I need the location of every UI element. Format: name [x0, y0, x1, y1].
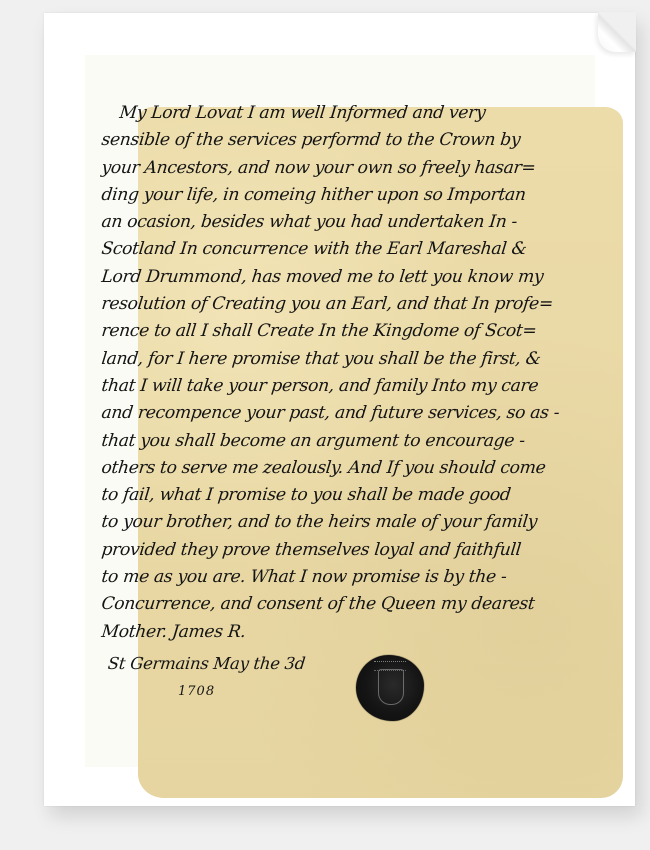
dateline: St Germains May the 3d — [107, 654, 306, 673]
letter-line: to your brother, and to the heirs male o… — [100, 509, 583, 536]
letter-line: provided they prove themselves loyal and… — [100, 537, 583, 564]
letter-signature-line: Mother. James R. — [100, 619, 583, 646]
wax-seal-icon — [356, 655, 424, 721]
letter-line: to me as you are. What I now promise is … — [100, 564, 583, 591]
letter-line: that I will take your person, and family… — [100, 373, 583, 400]
letter-line: ding your life, in comeing hither upon s… — [100, 182, 583, 209]
letter-line: sensible of the services performd to the… — [100, 127, 583, 154]
letter-line: to fail, what I promise to you shall be … — [100, 482, 583, 509]
page-curl-corner — [598, 12, 636, 52]
letter-line: My Lord Lovat I am well Informed and ver… — [100, 100, 583, 127]
letter-line: rence to all I shall Create In the Kingd… — [100, 318, 583, 345]
seal-shield-emblem — [378, 669, 404, 705]
letter-line: Concurrence, and consent of the Queen my… — [100, 591, 583, 618]
letter-line: land, for I here promise that you shall … — [100, 346, 583, 373]
letter-line: an ocasion, besides what you had underta… — [100, 209, 583, 236]
letter-line: that you shall become an argument to enc… — [100, 428, 583, 455]
letter-line: Lord Drummond, has moved me to lett you … — [100, 264, 583, 291]
date-year: 1708 — [178, 684, 215, 699]
letter-line: others to serve me zealously. And If you… — [100, 455, 583, 482]
letter-line: Scotland In concurrence with the Earl Ma… — [100, 236, 583, 263]
letter-line: resolution of Creating you an Earl, and … — [100, 291, 583, 318]
letter-line: your Ancestors, and now your own so free… — [100, 155, 583, 182]
letter-line: and recompence your past, and future ser… — [100, 400, 583, 427]
letter-body: My Lord Lovat I am well Informed and ver… — [100, 100, 580, 646]
